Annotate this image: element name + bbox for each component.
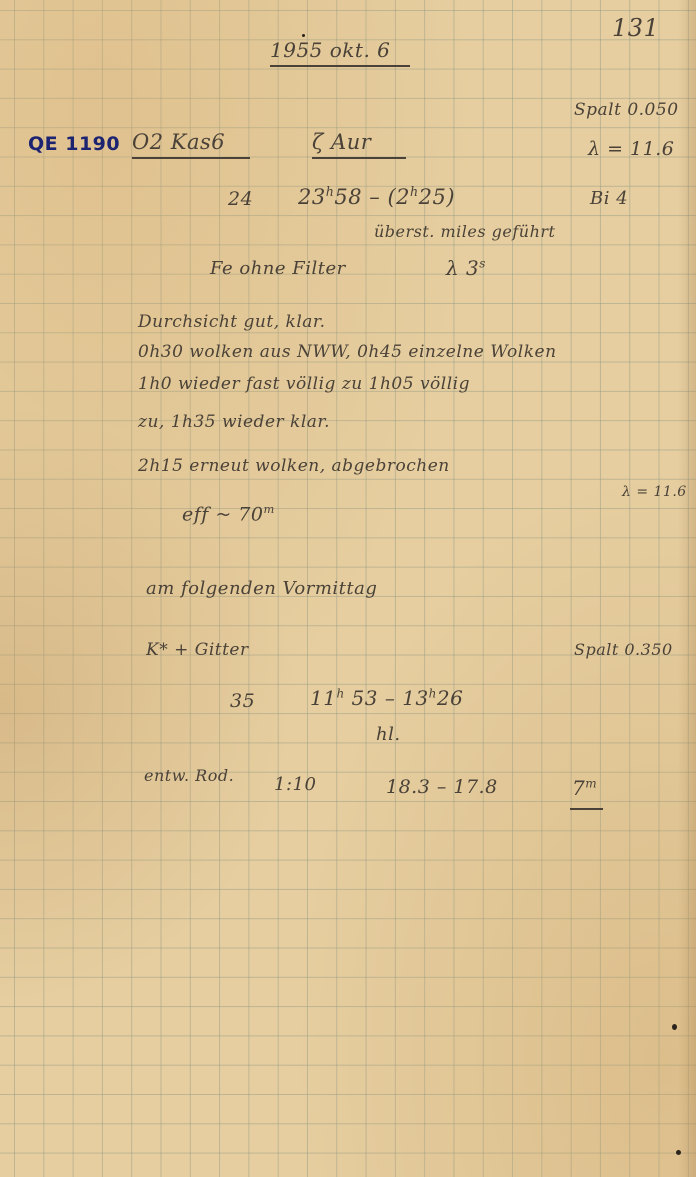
notebook-page: 131 1955 okt. 6 Spalt 0.050 QE 1190 O2 K… bbox=[0, 0, 696, 1177]
exposure-2-start-min: 53 – bbox=[352, 686, 396, 710]
exposure-2-time: 11h 53 – 13h26 bbox=[310, 686, 463, 710]
slit-width-bottom: Spalt 0.350 bbox=[574, 640, 673, 659]
note-line-3: 1h0 wieder fast völlig zu 1h05 völlig bbox=[138, 374, 470, 394]
exposure-2-end-unit: h bbox=[429, 686, 437, 700]
paper-speck bbox=[302, 34, 305, 37]
lambda-top: λ = 11.6 bbox=[588, 138, 674, 160]
developer-ratio: 1:10 bbox=[274, 774, 316, 795]
note-line-1: Durchsicht gut, klar. bbox=[138, 312, 326, 332]
slit-width-top: Spalt 0.050 bbox=[574, 100, 679, 120]
developer-temperature: 18.3 – 17.8 bbox=[386, 776, 498, 798]
paper-speck bbox=[676, 1150, 681, 1155]
exposure-2-setup: K* + Gitter bbox=[146, 640, 249, 660]
exposure-1-time: 23h58 – (2h25) bbox=[298, 184, 455, 209]
filter-label: Fe ohne Filter bbox=[210, 258, 346, 279]
filter-lambda: λ 3s bbox=[446, 256, 486, 280]
plate-type: Bi 4 bbox=[590, 188, 628, 209]
developer-time: 7m bbox=[570, 776, 603, 810]
effective-time-value: eff ~ 70 bbox=[182, 503, 263, 525]
filter-lambda-value: λ 3 bbox=[446, 256, 479, 280]
page-edge-shadow bbox=[678, 0, 696, 1177]
paper-speck bbox=[672, 1024, 677, 1030]
plate-id: QE 1190 bbox=[28, 133, 120, 155]
exposure-2-start-hour: 11 bbox=[310, 686, 336, 710]
date-heading: 1955 okt. 6 bbox=[270, 38, 410, 67]
object-name: O2 Kas6 bbox=[132, 130, 250, 159]
effective-time: eff ~ 70m bbox=[182, 502, 275, 525]
note-line-4: zu, 1h35 wieder klar. bbox=[138, 412, 330, 432]
exposure-1-end-hour: (2 bbox=[387, 185, 410, 209]
filter-lambda-sup: s bbox=[479, 256, 486, 270]
exposure-1-end-unit: h bbox=[410, 184, 419, 199]
developer-time-value: 7 bbox=[572, 776, 585, 800]
star-name: ζ Aur bbox=[312, 130, 406, 159]
developer-time-unit: m bbox=[585, 776, 597, 790]
page-number: 131 bbox=[612, 14, 659, 42]
next-morning-note: am folgenden Vormittag bbox=[146, 578, 377, 599]
exposure-1-number: 24 bbox=[228, 188, 253, 210]
note-line-2: 0h30 wolken aus NWW, 0h45 einzelne Wolke… bbox=[138, 342, 557, 362]
exposure-2-start-unit: h bbox=[336, 686, 344, 700]
exposure-2-note: hl. bbox=[376, 724, 401, 745]
developer-label: entw. Rod. bbox=[144, 766, 234, 785]
exposure-1-note: überst. miles geführt bbox=[374, 222, 555, 241]
effective-time-unit: m bbox=[263, 502, 274, 516]
exposure-2-number: 35 bbox=[230, 690, 255, 712]
exposure-2-end-min: 26 bbox=[437, 686, 463, 710]
exposure-2-end-hour: 13 bbox=[402, 686, 428, 710]
exposure-1-start-min: 58 – bbox=[334, 185, 380, 209]
exposure-1-end-min: 25) bbox=[419, 185, 455, 209]
exposure-1-start-hour: 23 bbox=[298, 185, 326, 209]
lambda-mid: λ = 11.6 bbox=[622, 484, 687, 500]
note-line-5: 2h15 erneut wolken, abgebrochen bbox=[138, 456, 450, 476]
